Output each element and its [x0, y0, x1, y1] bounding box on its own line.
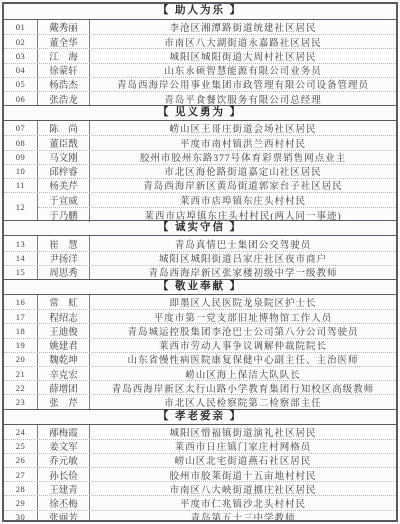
row-number: 23 — [4, 395, 38, 408]
row-description: 市北区海伦路街道嘉定山社区居民 — [90, 165, 396, 178]
row-number: 26 — [4, 454, 38, 467]
row-number: 20 — [4, 353, 38, 366]
row-name: 张浩龙 — [38, 92, 90, 105]
row-name: 邱梓睿 — [38, 165, 90, 178]
row-description: 平度市仁兆镇沙北头村村民 — [90, 496, 396, 509]
awards-table: 【 助人为乐 】01戴秀丽李沧区湘潭路街道统建社区居民02董全华市南区八大湖街道… — [2, 2, 398, 522]
row-description: 胶州市胶州东路377号体育彩票销售网点业主 — [90, 151, 396, 164]
row-name: 马文刚 — [38, 151, 90, 164]
row-number: 12 — [4, 193, 38, 220]
section-header: 【 敬业奉献 】 — [4, 279, 396, 295]
section-header: 【 助人为乐 】 — [4, 4, 396, 20]
table-row: 25姜文军莱西市日庄镇门家庄村网格员 — [4, 439, 396, 453]
section-header: 【 诚实守信 】 — [4, 220, 396, 236]
row-number: 11 — [4, 179, 38, 192]
row-name: 江 海 — [38, 49, 90, 62]
row-name: 董臣戬 — [38, 136, 90, 149]
table-row: 23张 芹市北区人民检察院第二检察部主任 — [4, 394, 396, 408]
row-number: 28 — [4, 482, 38, 495]
table-row: 08董臣戬平度市南村镇洪兰西村村民 — [4, 135, 396, 149]
table-row: 02董全华市南区八大湖街道永嘉路社区居民 — [4, 34, 396, 48]
table-row: 26乔元敏崂山区北宅街道燕石社区居民 — [4, 453, 396, 467]
row-description: 青岛真情巴士集团公交驾驶员 — [90, 236, 396, 250]
row-number: 13 — [4, 236, 38, 250]
row-number: 03 — [4, 49, 38, 62]
row-description: 莱西市日庄镇门家庄村网格员 — [90, 440, 396, 453]
table-row: 17程绍志平度市第一党支部旧址博物馆工作人员 — [4, 309, 396, 323]
row-number: 05 — [4, 78, 38, 91]
row-name: 薛增团 — [38, 381, 90, 394]
row-name: 程绍志 — [38, 310, 90, 323]
row-name: 陈 尚 — [38, 121, 90, 135]
row-name: 辛克宏 — [38, 367, 90, 380]
table-row: 19姚建君莱西市劳动人事争议调解仲裁院院长 — [4, 338, 396, 352]
row-description: 青岛西海岸公用事业集团市政管理有限公司设备管理员 — [90, 78, 396, 91]
row-number: 30 — [4, 511, 38, 522]
row-number: 06 — [4, 92, 38, 105]
merged-sub-row: 于宣威莱西市店埠镇东庄头村村民 — [38, 193, 396, 207]
table-row: 27孙长俭胶州市胶莱街道十五亩地村村民 — [4, 467, 396, 481]
table-row: 10邱梓睿市北区海伦路街道嘉定山社区居民 — [4, 164, 396, 178]
row-number: 22 — [4, 381, 38, 394]
table-row: 20魏乾坤山东省慢性病医院康复保健中心副主任、主治医师 — [4, 352, 396, 366]
row-description: 青岛西海岸新区黄岛街道郭家台子社区居民 — [90, 179, 396, 192]
row-description: 即墨区人民医院龙泉院区护士长 — [90, 295, 396, 309]
row-name: 常 虹 — [38, 295, 90, 309]
merged-cell-group: 于宣威莱西市店埠镇东庄头村村民于乃鹏莱西市店埠镇东庄头村村民(两人同一事迹) — [38, 193, 396, 220]
row-description: 山东省慢性病医院康复保健中心副主任、主治医师 — [90, 353, 396, 366]
row-number: 15 — [4, 266, 38, 279]
row-name: 王建青 — [38, 482, 90, 495]
table-row: 01戴秀丽李沧区湘潭路街道统建社区居民 — [4, 20, 396, 34]
row-description: 市南区八大湖街道永嘉路社区居民 — [90, 35, 396, 48]
row-number: 10 — [4, 165, 38, 178]
row-name: 尹扬洋 — [38, 252, 90, 265]
row-number: 09 — [4, 151, 38, 164]
table-row: 29徐丕梅平度市仁兆镇沙北头村村民 — [4, 495, 396, 509]
row-number: 07 — [4, 121, 38, 135]
row-name: 魏乾坤 — [38, 353, 90, 366]
table-row: 07陈 尚崂山区王哥庄街道会场社区居民 — [4, 121, 396, 135]
row-number: 16 — [4, 295, 38, 309]
row-description: 莱西市劳动人事争议调解仲裁院院长 — [90, 339, 396, 352]
row-number: 21 — [4, 367, 38, 380]
row-description: 胶州市胶莱街道十五亩地村村民 — [90, 468, 396, 481]
table-row: 06张浩龙青岛平食餐饮服务有限公司总经理 — [4, 91, 396, 105]
table-row: 16常 虹即墨区人民医院龙泉院区护士长 — [4, 295, 396, 309]
row-description: 青岛西海岸新区张家楼初级中学一级教师 — [90, 266, 396, 279]
row-name: 于宣威 — [38, 193, 90, 207]
row-description: 平度市第一党支部旧址博物馆工作人员 — [90, 310, 396, 323]
row-name: 张丽芳 — [38, 511, 90, 522]
row-number: 29 — [4, 496, 38, 509]
row-number: 01 — [4, 20, 38, 34]
table-row: 11杨美芹青岛西海岸新区黄岛街道郭家台子社区居民 — [4, 178, 396, 192]
table-row: 24邴梅霞城阳区惜福镇街道演礼社区居民 — [4, 425, 396, 439]
row-number: 27 — [4, 468, 38, 481]
table-row: 14尹扬洋城阳区城阳街道吕家庄社区夜市商户 — [4, 251, 396, 265]
table-row: 13崔 慧青岛真情巴士集团公交驾驶员 — [4, 236, 396, 250]
row-number: 04 — [4, 64, 38, 77]
row-name: 孙长俭 — [38, 468, 90, 481]
row-name: 戴秀丽 — [38, 20, 90, 34]
row-number: 25 — [4, 440, 38, 453]
row-name: 张 芹 — [38, 395, 90, 408]
table-row: 04徐蒙轩山东永硕智慧能源有限公司业务员 — [4, 63, 396, 77]
table-row: 15周思秀青岛西海岸新区张家楼初级中学一级教师 — [4, 265, 396, 279]
row-description: 崂山区北宅街道燕石社区居民 — [90, 454, 396, 467]
row-name: 邴梅霞 — [38, 425, 90, 439]
row-description: 李沧区湘潭路街道统建社区居民 — [90, 20, 396, 34]
table-row: 28王建青市南区八大峡街道挪庄社区居民 — [4, 481, 396, 495]
table-row: 12于宣威莱西市店埠镇东庄头村村民于乃鹏莱西市店埠镇东庄头村村民(两人同一事迹) — [4, 192, 396, 220]
row-name: 乔元敏 — [38, 454, 90, 467]
row-description: 崂山区王哥庄街道会场社区居民 — [90, 121, 396, 135]
row-description: 城阳区惜福镇街道演礼社区居民 — [90, 425, 396, 439]
section-header: 【 孝老爱亲 】 — [4, 409, 396, 425]
row-name: 姜文军 — [38, 440, 90, 453]
row-description: 平度市南村镇洪兰西村村民 — [90, 136, 396, 149]
row-name: 徐丕梅 — [38, 496, 90, 509]
row-name: 杨浩杰 — [38, 78, 90, 91]
row-description: 市北区人民检察院第二检察部主任 — [90, 395, 396, 408]
row-description: 青岛平食餐饮服务有限公司总经理 — [90, 92, 396, 105]
table-row: 03江 海城阳区城阳街道大周村社区居民 — [4, 48, 396, 62]
table-row: 30张丽芳青岛第五十三中学教师 — [4, 510, 396, 522]
table-row: 22薛增团青岛西海岸新区太行山路小学教育集团行知校区高级教师 — [4, 380, 396, 394]
row-description: 城阳区城阳街道吕家庄社区夜市商户 — [90, 252, 396, 265]
row-number: 19 — [4, 339, 38, 352]
row-name: 崔 慧 — [38, 236, 90, 250]
row-description: 青岛城运控股集团李沧巴士公司第八分公司驾驶员 — [90, 324, 396, 337]
row-name: 徐蒙轩 — [38, 64, 90, 77]
row-description: 崂山区海上保洁大队队长 — [90, 367, 396, 380]
row-description: 市南区八大峡街道挪庄社区居民 — [90, 482, 396, 495]
table-row: 18王迪俊青岛城运控股集团李沧巴士公司第八分公司驾驶员 — [4, 323, 396, 337]
row-number: 17 — [4, 310, 38, 323]
table-row: 05杨浩杰青岛西海岸公用事业集团市政管理有限公司设备管理员 — [4, 77, 396, 91]
row-number: 18 — [4, 324, 38, 337]
row-description: 城阳区城阳街道大周村社区居民 — [90, 49, 396, 62]
row-number: 02 — [4, 35, 38, 48]
table-row: 09马文刚胶州市胶州东路377号体育彩票销售网点业主 — [4, 150, 396, 164]
row-name: 周思秀 — [38, 266, 90, 279]
table-row: 21辛克宏崂山区海上保洁大队队长 — [4, 366, 396, 380]
section-header: 【 见义勇为 】 — [4, 105, 396, 121]
row-name: 杨美芹 — [38, 179, 90, 192]
row-number: 24 — [4, 425, 38, 439]
row-number: 08 — [4, 136, 38, 149]
row-description: 青岛第五十三中学教师 — [90, 511, 396, 522]
row-description: 青岛西海岸新区太行山路小学教育集团行知校区高级教师 — [90, 381, 396, 394]
row-number: 14 — [4, 252, 38, 265]
row-name: 姚建君 — [38, 339, 90, 352]
row-name: 王迪俊 — [38, 324, 90, 337]
row-name: 董全华 — [38, 35, 90, 48]
row-description: 莱西市店埠镇东庄头村村民 — [90, 193, 396, 207]
row-description: 山东永硕智慧能源有限公司业务员 — [90, 64, 396, 77]
